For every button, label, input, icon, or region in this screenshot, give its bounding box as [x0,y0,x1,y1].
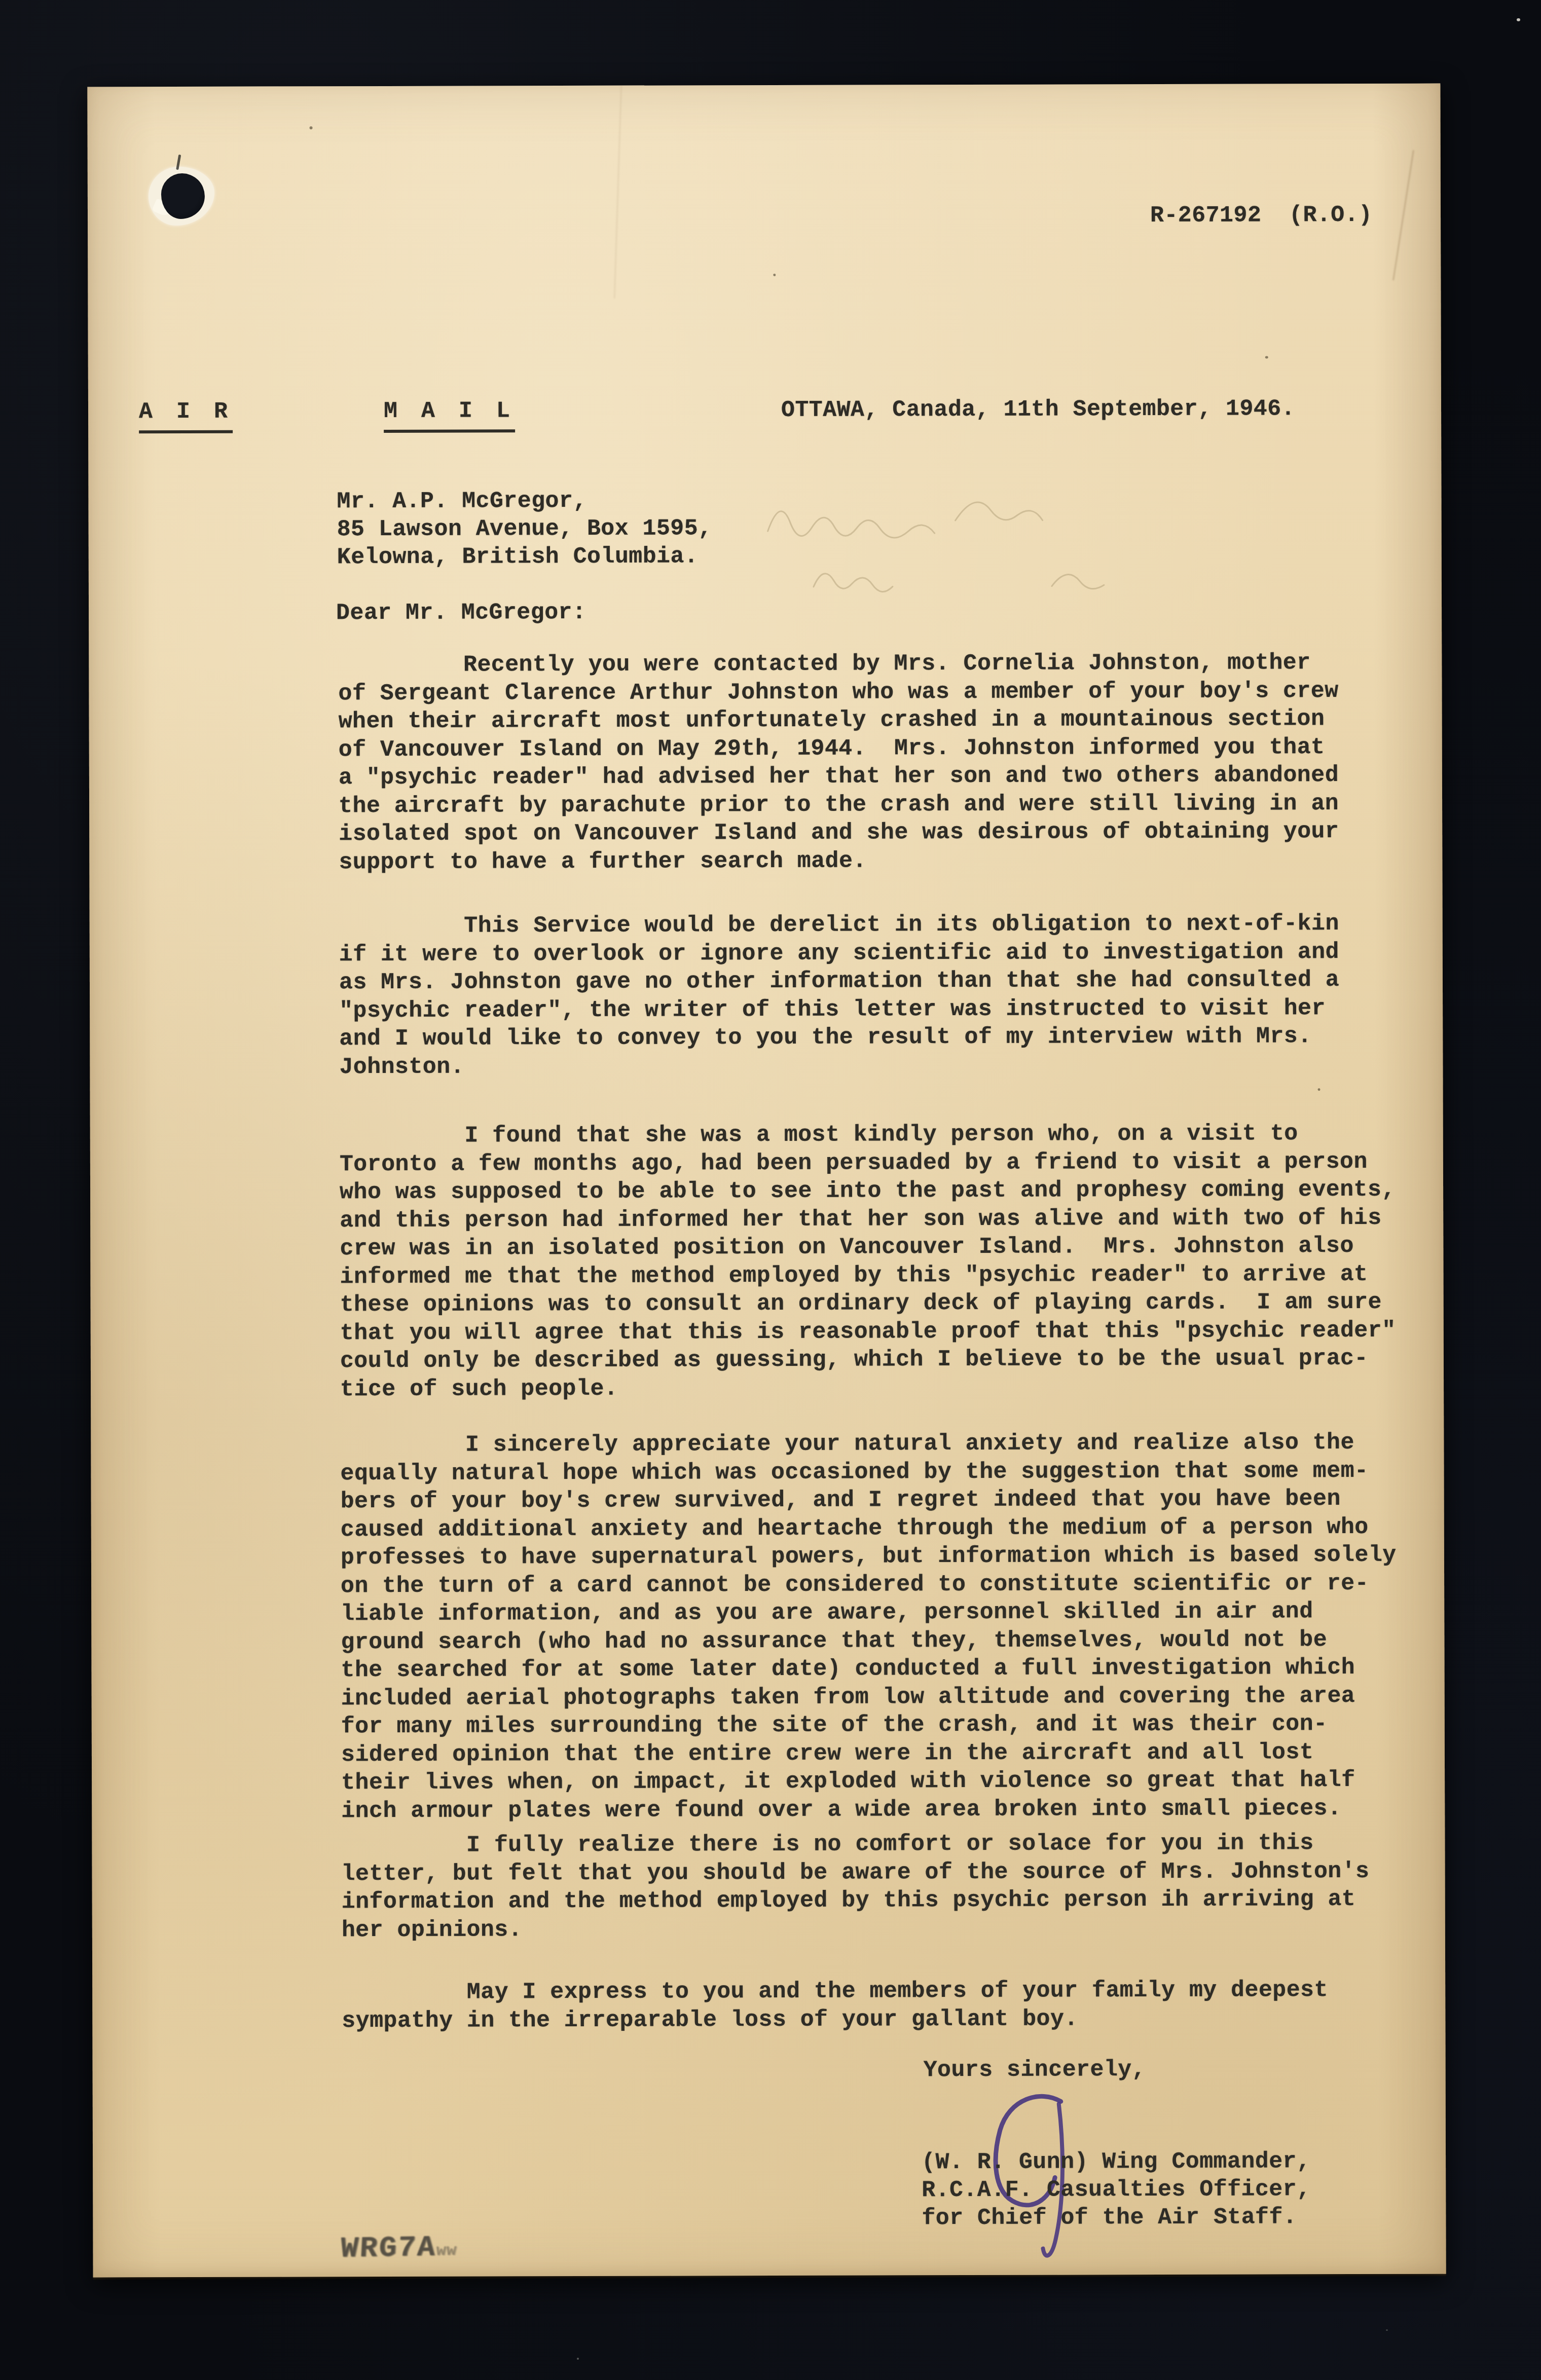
punch-hole [144,162,221,233]
signatory-title-line: R.C.A.F. Casualties Officer, [922,2175,1310,2205]
dust-speck [1386,2329,1388,2331]
signatory-role-line: for Chief of the Air Staff. [922,2203,1297,2232]
paper-crease [1392,150,1414,280]
air-mail-label: A I R M A I L [87,84,1440,87]
body-paragraph-6: May I express to you and the members of … [342,1976,1472,2035]
letter-page: R-267192 (R.O.) A I R M A I L OTTAWA, Ca… [87,84,1446,2278]
signature-block: (W. R. Gunn) Wing Commander, R.C.A.F. Ca… [87,84,1440,87]
address-line: Kelowna, British Columbia. [337,542,699,571]
paper-speck [1265,356,1268,358]
complimentary-close: Yours sincerely, [924,2056,1146,2085]
stamp-echo: ww [435,2241,457,2260]
reference-number: R-267192 (R.O.) [1150,201,1373,230]
address-line: 85 Lawson Avenue, Box 1595, [337,514,712,543]
air-mail-word-mail: M A I L [384,397,515,432]
dust-speck [577,2358,579,2360]
typist-stamp: WRG7Aww [340,2233,458,2267]
dust-speck [1517,18,1520,21]
photo-background: R-267192 (R.O.) A I R M A I L OTTAWA, Ca… [0,0,1541,2380]
recipient-address: Mr. A.P. McGregor, 85 Lawson Avenue, Box… [87,84,1440,87]
dateline: OTTAWA, Canada, 11th September, 1946. [781,395,1295,424]
air-mail-word-air: A I R [139,398,233,433]
body-paragraph-1: Recently you were contacted by Mrs. Corn… [338,648,1469,876]
body-paragraph-4: I sincerely appreciate your natural anxi… [340,1428,1472,1825]
paper-speck [1318,1088,1320,1091]
body-paragraph-2: This Service would be derelict in its ob… [339,909,1470,1081]
address-line: Mr. A.P. McGregor, [337,487,586,516]
paper-crease [614,86,622,299]
paper-speck [773,274,776,276]
paper-speck [310,126,313,129]
stamp-text: WRG7A [340,2232,437,2266]
body-paragraph-3: I found that she was a most kindly perso… [340,1119,1471,1403]
salutation: Dear Mr. McGregor: [336,599,586,627]
signatory-name-line: (W. R. Gunn) Wing Commander, [922,2147,1310,2177]
body-paragraph-5: I fully realize there is no comfort or s… [341,1829,1472,1944]
faint-pencil-annotation [737,459,1219,622]
